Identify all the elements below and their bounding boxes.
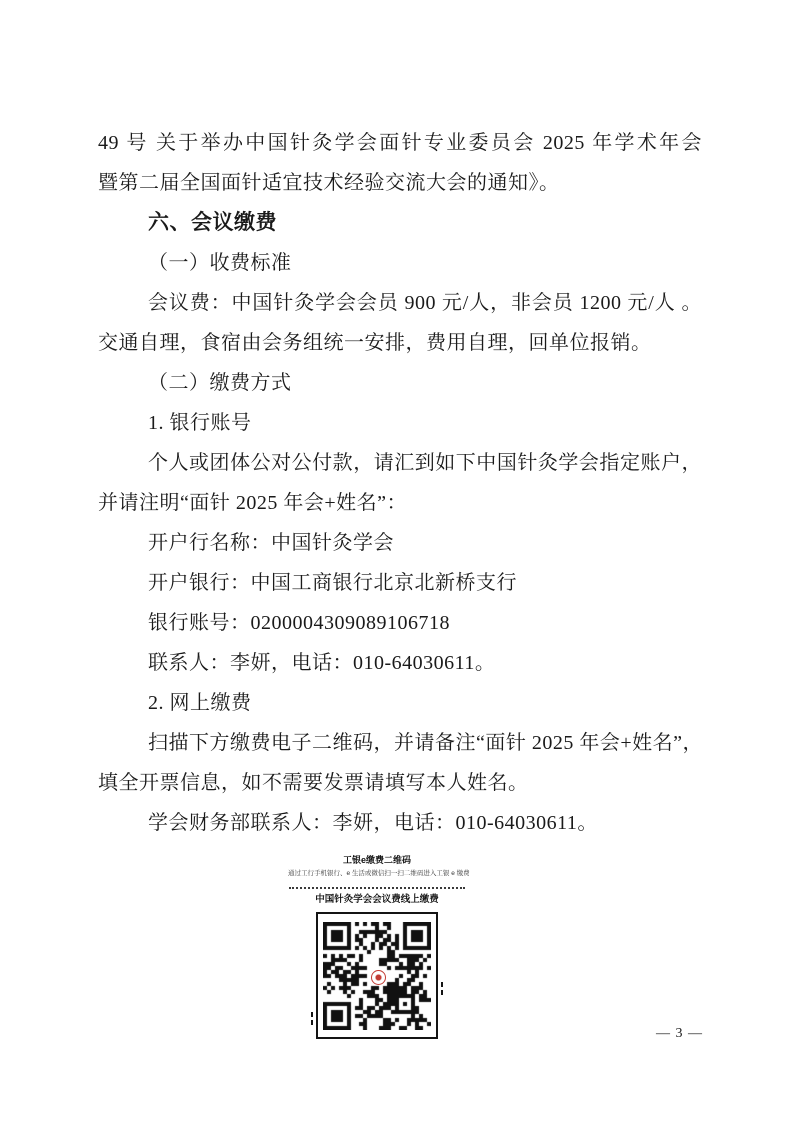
fee-line-2: 交通自理，食宿由会务组统一安排，费用自理，回单位报销。 xyxy=(98,323,702,363)
item-bank-account: 1. 银行账号 xyxy=(98,403,702,443)
dotted-divider xyxy=(289,887,465,889)
document-body: 49 号 关于举办中国针灸学会面针专业委员会 2025 年学术年会 暨第二届全国… xyxy=(98,123,702,843)
page-number: — 3 — xyxy=(656,1026,703,1042)
qr-panel-subtitle: 通过工行手机银行、e 生活或微信扫一扫二维码进入工银 e 缴费 xyxy=(288,869,466,878)
frame-notch-icon xyxy=(311,1012,313,1017)
transfer-instruction-line-2: 并请注明“面针 2025 年会+姓名”： xyxy=(98,483,702,523)
scan-instruction-line-2: 填全开票信息，如不需要发票请填写本人姓名。 xyxy=(98,763,702,803)
transfer-instruction-line-1: 个人或团体公对公付款，请汇到如下中国针灸学会指定账户， xyxy=(98,443,702,483)
frame-notch-icon xyxy=(311,1020,313,1025)
account-name-line: 开户行名称：中国针灸学会 xyxy=(98,523,702,563)
finance-contact-line: 学会财务部联系人：李妍，电话：010-64030611。 xyxy=(98,803,702,843)
scan-instruction-line-1: 扫描下方缴费电子二维码，并请备注“面针 2025 年会+姓名”， xyxy=(98,723,702,763)
contact-line: 联系人：李妍，电话：010-64030611。 xyxy=(98,643,702,683)
payment-qr-panel: 工银e缴费二维码 通过工行手机银行、e 生活或微信扫一扫二维码进入工银 e 缴费… xyxy=(288,854,466,1039)
notice-title-line-1: 49 号 关于举办中国针灸学会面针专业委员会 2025 年学术年会 xyxy=(98,123,702,163)
subsection-payment-method: （二）缴费方式 xyxy=(98,363,702,403)
qr-caption: 中国针灸学会会议费线上缴费 xyxy=(288,894,466,906)
qr-frame xyxy=(316,912,438,1039)
subsection-fee-standard: （一）收费标准 xyxy=(98,243,702,283)
section-heading-payment: 六、会议缴费 xyxy=(98,203,702,243)
account-number-line: 银行账号：0200004309089106718 xyxy=(98,603,702,643)
association-seal-logo xyxy=(371,970,386,985)
frame-notch-icon xyxy=(441,982,443,987)
qr-panel-title: 工银e缴费二维码 xyxy=(288,854,466,866)
item-online-payment: 2. 网上缴费 xyxy=(98,683,702,723)
document-page: 49 号 关于举办中国针灸学会面针专业委员会 2025 年学术年会 暨第二届全国… xyxy=(0,0,800,1131)
frame-notch-icon xyxy=(441,990,443,995)
fee-line-1: 会议费：中国针灸学会会员 900 元/人，非会员 1200 元/人 。 xyxy=(98,283,702,323)
bank-branch-line: 开户银行：中国工商银行北京北新桥支行 xyxy=(98,563,702,603)
notice-title-line-2: 暨第二届全国面针适宜技术经验交流大会的通知》。 xyxy=(98,163,702,203)
